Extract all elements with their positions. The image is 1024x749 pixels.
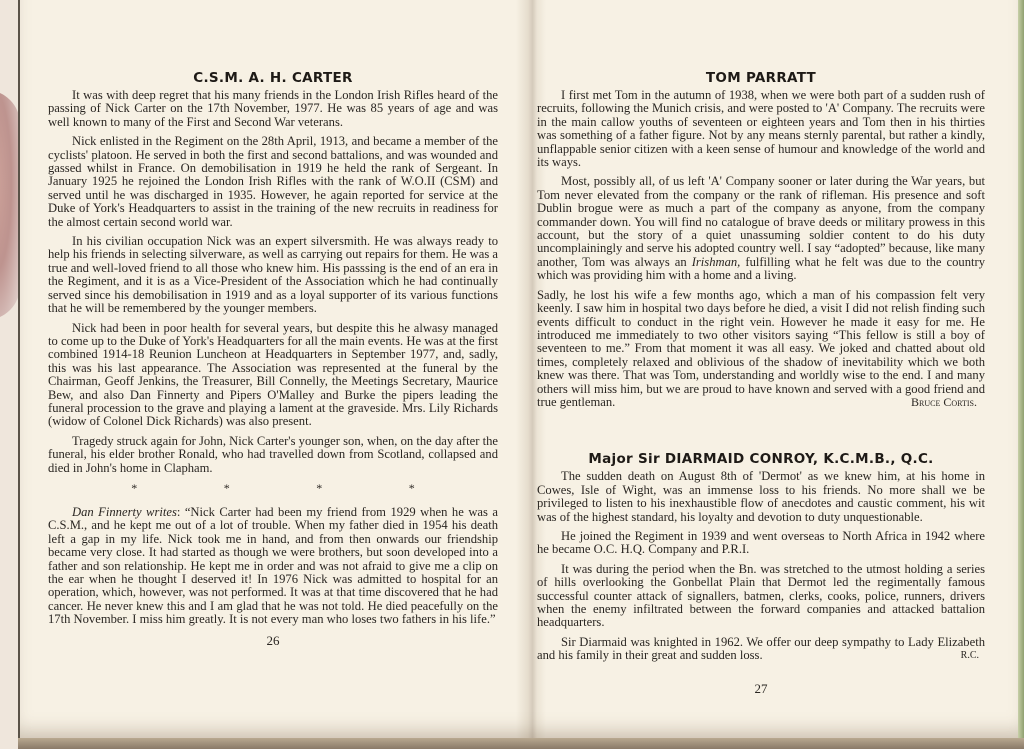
tribute-text: : “Nick Carter had been my friend from 1… xyxy=(48,505,498,626)
paragraph: It was with deep regret that his many fr… xyxy=(48,89,498,129)
thumb-holding-page xyxy=(0,90,20,320)
paragraph: It was during the period when the Bn. wa… xyxy=(537,563,985,630)
author-initials: R.C. xyxy=(937,649,979,662)
asterisk: * xyxy=(131,481,137,496)
right-page: TOM PARRATT I first met Tom in the autum… xyxy=(537,70,985,697)
text-span: Sir Diarmaid was knighted in 1962. We of… xyxy=(537,635,985,662)
paragraph: Most, possibly all, of us left 'A' Compa… xyxy=(537,175,985,282)
tribute-byline: Dan Finnerty writes xyxy=(72,505,177,519)
paragraph: He joined the Regiment in 1939 and went … xyxy=(537,530,985,557)
paragraph: Nick enlisted in the Regiment on the 28t… xyxy=(48,135,498,229)
emphasis: Irishman, xyxy=(692,255,741,269)
paragraph: Sadly, he lost his wife a few months ago… xyxy=(537,289,985,410)
page-number: 27 xyxy=(537,681,985,697)
text-span: Sadly, he lost his wife a few months ago… xyxy=(537,288,985,409)
background-edge xyxy=(1018,0,1024,749)
paragraph: Tragedy struck again for John, Nick Cart… xyxy=(48,435,498,475)
paragraph: Nick had been in poor health for several… xyxy=(48,322,498,429)
left-page: C.S.M. A. H. CARTER It was with deep reg… xyxy=(48,70,498,649)
tribute-paragraph: Dan Finnerty writes: “Nick Carter had be… xyxy=(48,506,498,627)
asterisk: * xyxy=(316,481,322,496)
paragraph: Sir Diarmaid was knighted in 1962. We of… xyxy=(537,636,985,663)
article-title-carter: C.S.M. A. H. CARTER xyxy=(48,70,498,86)
page-number: 26 xyxy=(48,633,498,649)
asterisk: * xyxy=(224,481,230,496)
spacer xyxy=(537,415,985,451)
asterisk: * xyxy=(409,481,415,496)
author-signature: Bruce Cortis. xyxy=(911,396,977,409)
article-title-parratt: TOM PARRATT xyxy=(537,70,985,86)
paragraph: The sudden death on August 8th of 'Dermo… xyxy=(537,470,985,524)
book-bottom-edge xyxy=(18,738,1024,749)
paragraph: In his civilian occupation Nick was an e… xyxy=(48,235,498,315)
section-separator: * * * * xyxy=(48,481,498,496)
paragraph: I first met Tom in the autumn of 1938, w… xyxy=(537,89,985,169)
article-title-conroy: Major Sir DIARMAID CONROY, K.C.M.B., Q.C… xyxy=(537,451,985,467)
